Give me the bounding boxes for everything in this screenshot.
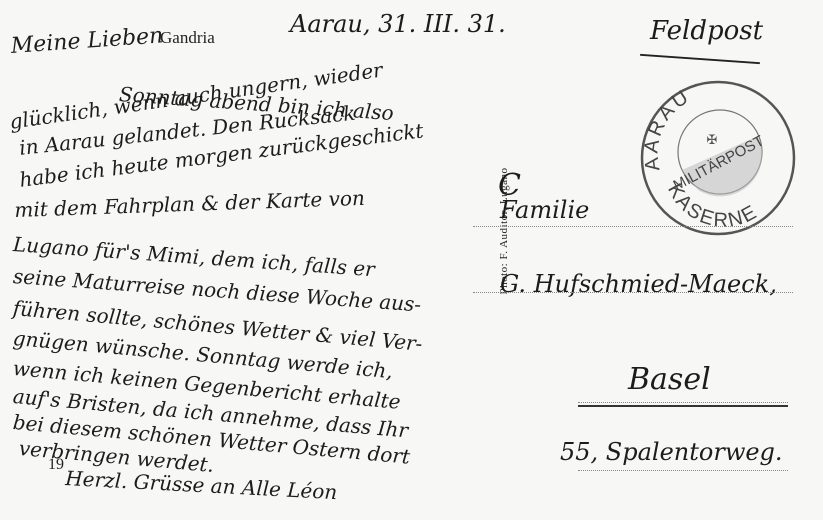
photo-credit: Photo: F. Auditor, Lugano [498,131,510,331]
cross-emblem-icon: ✠ [707,133,718,148]
address-line-2: G. Hufschmied-Maeck, [500,270,777,298]
postmark-stamp: AARAU KASERNE MILITÄRPOST ✠ [638,78,798,238]
address-rule [578,402,788,403]
svg-text:AARAU: AARAU [640,85,694,173]
address-line-1: Familie [500,196,589,224]
address-line-3: Basel [628,362,711,397]
postcard: Gandria Photo: F. Auditor, Lugano 19 Aar… [0,0,823,520]
message-line: mit dem Fahrplan & der Karte von [14,186,365,222]
date: Aarau, 31. III. 31. [290,10,506,38]
postmark-top-text: AARAU [640,85,694,173]
address-rule [473,292,793,293]
address-line-4: 55, Spalentorweg. [560,438,783,466]
feldpost-underline [640,54,760,64]
feldpost-label: Feldpost [650,16,763,46]
photo-caption: Gandria [160,28,215,48]
address-rule [578,470,788,471]
address-rule [473,226,793,227]
salutation: Meine Lieben [10,23,164,59]
city-underline [578,405,788,407]
